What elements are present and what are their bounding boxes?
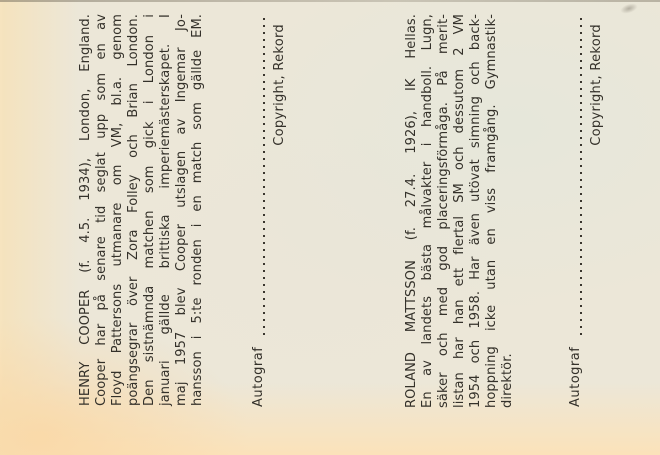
bio-line: Floyd Pattersons utmanare om VM, bl.a. g… <box>110 14 126 406</box>
autograph-block: Autograf Copyright, Rekord <box>566 14 608 407</box>
autograph-label: Autograf <box>249 347 269 407</box>
autograph-line: Autograf <box>249 14 269 407</box>
bio-line: listan har han ett flertal SM och dessut… <box>452 14 468 408</box>
bio-line: hoppning icke utan en viss framgång. Gym… <box>484 14 500 408</box>
bio-line: poängsegrar över Zora Folley och Brian L… <box>126 14 142 406</box>
bio-line: 1954 och 1958. Har även utövat simning o… <box>468 14 484 408</box>
signature-dotted-line <box>580 14 582 335</box>
autograph-label: Autograf <box>566 347 586 407</box>
bio-line: maj 1957 blev Cooper utslagen av Ingemar… <box>174 14 190 406</box>
bio-line: säker och med god placeringsförmåga. På … <box>436 14 452 408</box>
scan-smudge <box>619 1 639 15</box>
bio-line: direktör. <box>500 14 516 408</box>
bio-line: En av landets bästa målvakter i handboll… <box>420 14 436 408</box>
signature-dotted-line <box>263 14 265 335</box>
bio-text-block: ROLAND MATTSSON (f. 27.4. 1926), IK Hell… <box>404 14 516 408</box>
scan-top-edge-shadow <box>0 0 660 2</box>
autograph-line: Autograf <box>566 14 586 407</box>
bio-text-block: HENRY COOPER (f. 4.5. 1934), London, Eng… <box>78 14 206 406</box>
bio-line: Cooper har på senare tid seglat upp som … <box>94 14 110 406</box>
scanned-card-sheet: HENRY COOPER (f. 4.5. 1934), London, Eng… <box>0 0 660 455</box>
bio-line: januari gällde brittiska imperiemästersk… <box>158 14 174 406</box>
bio-line: hansson i 5:te ronden i en match som gäl… <box>190 14 206 406</box>
bio-line: ROLAND MATTSSON (f. 27.4. 1926), IK Hell… <box>404 14 420 408</box>
bio-line: HENRY COOPER (f. 4.5. 1934), London, Eng… <box>78 14 94 406</box>
copyright-label: Copyright, Rekord <box>270 14 290 407</box>
bio-line: Den sistnämnda matchen som gick i London… <box>142 14 158 406</box>
copyright-label: Copyright, Rekord <box>587 14 607 407</box>
autograph-block: Autograf Copyright, Rekord <box>249 14 291 407</box>
